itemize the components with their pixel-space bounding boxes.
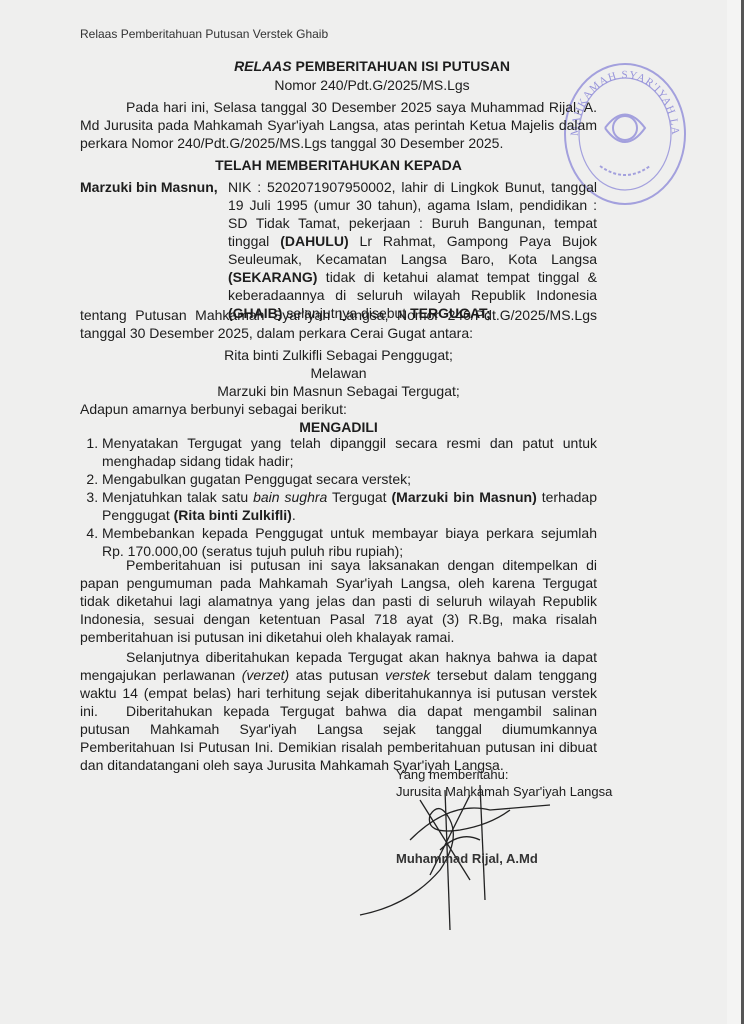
title-rest: PEMBERITAHUAN ISI PUTUSAN	[292, 58, 510, 74]
verdict-3-italic: bain sughra	[253, 489, 327, 505]
defendant-line: Marzuki bin Masnun Sebagai Tergugat;	[80, 382, 597, 400]
verdict-3b: Tergugat	[327, 489, 391, 505]
versus-line: Melawan	[80, 364, 597, 382]
verdict-item-2: Mengabulkan gugatan Penggugat secara ver…	[102, 470, 597, 488]
announcement-paragraph: Pemberitahuan isi putusan ini saya laksa…	[80, 556, 597, 646]
verdict-list: Menyatakan Tergugat yang telah dipanggil…	[80, 434, 597, 560]
verdict-3-bold1: (Marzuki bin Masnun)	[392, 489, 537, 505]
bailiff-name: Muhammad Rijal, A.Md	[396, 851, 538, 866]
verzet-b: atas putusan	[289, 667, 385, 683]
title-italic: RELAAS	[234, 58, 292, 74]
party-name: Marzuki bin Masnun,	[80, 178, 218, 196]
notified-heading: TELAH MEMBERITAHUKAN KEPADA	[80, 156, 597, 174]
party-sekarang: (SEKARANG)	[228, 269, 317, 285]
verdict-item-3: Menjatuhkan talak satu bain sughra Tergu…	[102, 488, 597, 524]
verdict-3-bold2: (Rita binti Zulkifli)	[174, 507, 292, 523]
verdict-3d: .	[292, 507, 296, 523]
verdict-item-1: Menyatakan Tergugat yang telah dipanggil…	[102, 434, 597, 470]
running-header: Relaas Pemberitahuan Putusan Verstek Gha…	[80, 27, 328, 41]
party-dahulu: (DAHULU)	[280, 233, 348, 249]
opening-paragraph: Pada hari ini, Selasa tanggal 30 Desembe…	[80, 98, 597, 152]
verzet-italic: (verzet)	[242, 667, 289, 683]
plaintiff-line: Rita binti Zulkifli Sebagai Penggugat;	[80, 346, 597, 364]
party-description: NIK : 5202071907950002, lahir di Lingkok…	[228, 178, 597, 322]
verdict-3a: Menjatuhkan talak satu	[102, 489, 253, 505]
page-shade	[727, 0, 741, 1024]
case-paragraph: tentang Putusan Mahkamah Syar'iyah Langs…	[80, 306, 597, 342]
verstek-italic: verstek	[385, 667, 430, 683]
amar-intro: Adapun amarnya berbunyi sebagai berikut:	[80, 400, 597, 418]
verdict-item-4: Membebankan kepada Penggugat untuk memba…	[102, 524, 597, 560]
copy-paragraph: Diberitahukan kepada Tergugat bahwa dia …	[80, 702, 597, 774]
